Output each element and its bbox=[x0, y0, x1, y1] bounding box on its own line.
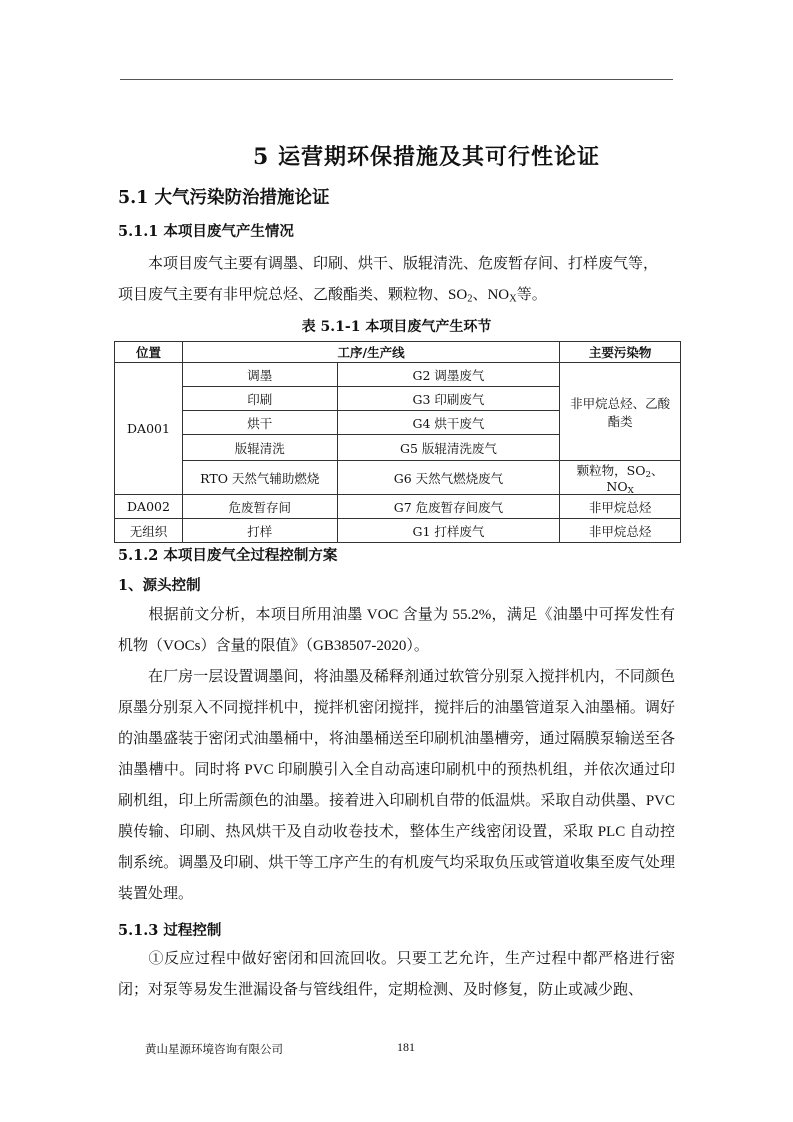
pollutant-text: 颗粒物，SO bbox=[577, 463, 646, 478]
cell-waste-gas: G3 印刷废气 bbox=[337, 387, 560, 411]
process-control-paragraph-1: ①反应过程中做好密闭和回流回收。只要工艺允许，生产过程中都严格进行密闭；对泵等易… bbox=[118, 944, 675, 1006]
cell-pollutant: 颗粒物，SO2、NOX bbox=[560, 461, 681, 495]
chapter-title: 5 运营期环保措施及其可行性论证 bbox=[0, 140, 793, 171]
table-row: RTO 天然气辅助燃烧 G6 天然气燃烧废气 颗粒物，SO2、NOX bbox=[115, 461, 681, 495]
table-row: DA002 危废暂存间 G7 危废暂存间废气 非甲烷总烃 bbox=[115, 495, 681, 519]
paragraph-text: 在厂房一层设置调墨间，将油墨及稀释剂通过软管分别泵入搅拌机内，不同颜色原墨分别泵… bbox=[118, 669, 675, 902]
table-header-row: 位置 工序/生产线 主要污染物 bbox=[115, 342, 681, 363]
source-control-paragraph-1: 根据前文分析，本项目所用油墨 VOC 含量为 55.2%，满足《油墨中可挥发性有… bbox=[118, 600, 675, 662]
cell-pollutant-merged: 非甲烷总烃、乙酸 酯类 bbox=[560, 363, 681, 461]
cell-process: 版辊清洗 bbox=[182, 435, 337, 461]
footer-company: 黄山星源环境咨询有限公司 bbox=[145, 1041, 283, 1057]
cell-location: 无组织 bbox=[115, 519, 183, 543]
cell-process: RTO 天然气辅助燃烧 bbox=[182, 461, 337, 495]
cell-waste-gas: G5 版辊清洗废气 bbox=[337, 435, 560, 461]
cell-process: 调墨 bbox=[182, 363, 337, 387]
cell-process: 危废暂存间 bbox=[182, 495, 337, 519]
intro-line-2-pre: 项目废气主要有非甲烷总烃、乙酸酯类、颗粒物、SO bbox=[118, 287, 467, 303]
cell-location: DA001 bbox=[115, 363, 183, 495]
cell-waste-gas: G7 危废暂存间废气 bbox=[337, 495, 560, 519]
subscript: X bbox=[628, 486, 634, 496]
intro-line-2-mid: 、NO bbox=[472, 287, 509, 303]
section-heading-5-1-2: 5.1.2 本项目废气全过程控制方案 bbox=[118, 544, 337, 565]
header-process: 工序/生产线 bbox=[182, 342, 559, 363]
table-row: 无组织 打样 G1 打样废气 非甲烷总烃 bbox=[115, 519, 681, 543]
cell-location: DA002 bbox=[115, 495, 183, 519]
cell-waste-gas: G1 打样废气 bbox=[337, 519, 560, 543]
header-rule bbox=[120, 79, 673, 80]
cell-process: 印刷 bbox=[182, 387, 337, 411]
pollutant-line-1: 非甲烷总烃、乙酸 bbox=[570, 396, 670, 411]
cell-waste-gas: G4 烘干废气 bbox=[337, 411, 560, 435]
header-location: 位置 bbox=[115, 342, 183, 363]
cell-process: 烘干 bbox=[182, 411, 337, 435]
intro-paragraph: 本项目废气主要有调墨、印刷、烘干、版辊清洗、危废暂存间、打样废气等， 项目废气主… bbox=[118, 249, 675, 311]
cell-waste-gas: G2 调墨废气 bbox=[337, 363, 560, 387]
cell-pollutant: 非甲烷总烃 bbox=[560, 495, 681, 519]
source-control-paragraph-2: 在厂房一层设置调墨间，将油墨及稀释剂通过软管分别泵入搅拌机内，不同颜色原墨分别泵… bbox=[118, 662, 675, 910]
cell-process: 打样 bbox=[182, 519, 337, 543]
subscript: X bbox=[509, 294, 517, 305]
waste-gas-table: 位置 工序/生产线 主要污染物 DA001 调墨 G2 调墨废气 非甲烷总烃、乙… bbox=[114, 341, 681, 543]
intro-line-2-post: 等。 bbox=[517, 287, 547, 303]
cell-waste-gas: G6 天然气燃烧废气 bbox=[337, 461, 560, 495]
cell-pollutant: 非甲烷总烃 bbox=[560, 519, 681, 543]
subsection-heading-source-control: 1、源头控制 bbox=[118, 574, 201, 595]
intro-line-1: 本项目废气主要有调墨、印刷、烘干、版辊清洗、危废暂存间、打样废气等， bbox=[148, 256, 658, 272]
paragraph-text: ①反应过程中做好密闭和回流回收。只要工艺允许，生产过程中都严格进行密闭；对泵等易… bbox=[118, 951, 675, 998]
header-pollutant: 主要污染物 bbox=[560, 342, 681, 363]
section-heading-5-1-1: 5.1.1 本项目废气产生情况 bbox=[118, 220, 294, 241]
page-number: 181 bbox=[397, 1040, 415, 1055]
pollutant-line-2: 酯类 bbox=[608, 414, 633, 429]
table-caption: 表 5.1-1 本项目废气产生环节 bbox=[0, 316, 793, 336]
section-heading-5-1-3: 5.1.3 过程控制 bbox=[118, 919, 221, 940]
paragraph-text: 根据前文分析，本项目所用油墨 VOC 含量为 55.2%，满足《油墨中可挥发性有… bbox=[118, 607, 675, 654]
section-heading-5-1: 5.1 大气污染防治措施论证 bbox=[118, 184, 330, 209]
table-row: DA001 调墨 G2 调墨废气 非甲烷总烃、乙酸 酯类 bbox=[115, 363, 681, 387]
